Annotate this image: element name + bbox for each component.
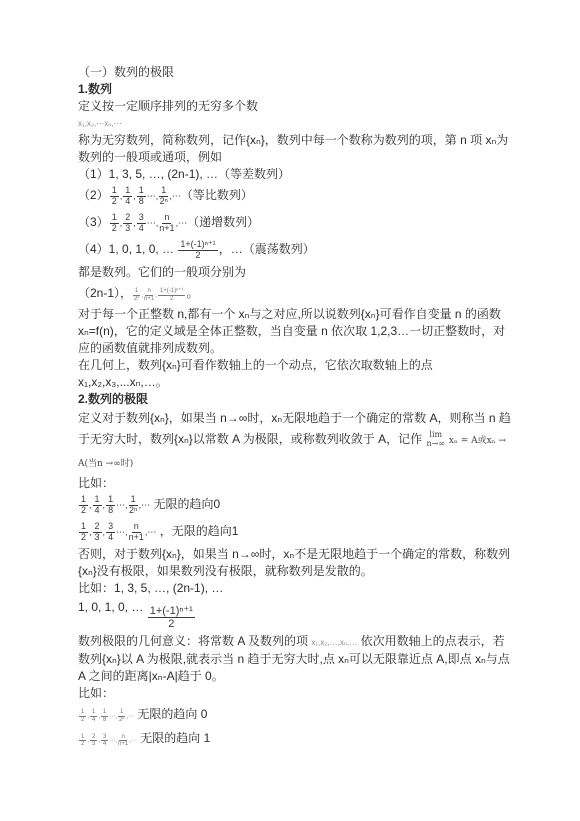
label-example: 比如： (78, 685, 516, 702)
formula-sequence-terms: x₁,x₂,⋯xₙ,⋯ (78, 115, 516, 132)
example-prefix: （3） (78, 215, 109, 229)
limit-example-to-one: 12,23,34⋯,nn+1,⋯ ，无限的趋向1 (78, 519, 516, 546)
general-term-prefix: （2n-1）， (78, 286, 132, 300)
example-oscillating: （4）1, 0, 1, 0, … 1+(-1)ⁿ⁺¹2，…（震荡数列） (78, 237, 516, 264)
fraction-sequence-small: 12,14,18⋯,12ⁿ,⋯ (78, 714, 134, 720)
example-geometric: （2）12,14,18⋯,12ⁿ,⋯（等比数列） (78, 183, 516, 210)
fraction-sequence: 12,23,34⋯,nn+1,⋯ (78, 527, 156, 537)
example-increasing: （3）12,23,34⋯,nn+1,⋯（递增数列） (78, 210, 516, 237)
fraction-sequence: 12,14,18⋯,12ⁿ,⋯ (109, 191, 181, 201)
example-label: ，…（震荡数列） (219, 242, 315, 256)
para-divergent: 否则，对于数列{xₙ}，如果当 n→∞时，xₙ不是无限地趋于一个确定的常数，称数… (78, 546, 516, 580)
general-term-suffix: 。 (186, 286, 198, 300)
fraction-oscillating: 1+(-1)ⁿ⁺¹2 (177, 245, 218, 255)
general-term-line: （2n-1），12ⁿ,nn+1,1+(-1)ⁿ⁺¹2。 (78, 281, 516, 306)
label-example: 比如： (78, 475, 516, 492)
limit-example-to-zero: 12,14,18⋯,12ⁿ,⋯ 无限的趋向0 (78, 492, 516, 519)
example-arithmetic: （1）1, 3, 5, …, (2n-1), …（等差数列） (78, 166, 516, 183)
document-page: （一）数列的极限 1.数列 定义按一定顺序排列的无穷多个数 x₁,x₂,⋯xₙ,… (0, 0, 580, 821)
divergent-example-oscillating: 1, 0, 1, 0, … 1+(-1)ⁿ⁺¹2 (78, 597, 516, 633)
para-function-view: 对于每一个正整数 n,都有一个 xₙ与之对应,所以说数列{xₙ}可看作自变量 n… (78, 306, 516, 357)
example-prefix: （2） (78, 188, 109, 202)
heading-limit: 2.数列的极限 (78, 391, 516, 408)
heading-sequence: 1.数列 (78, 81, 516, 98)
example-label: （递增数列） (187, 215, 259, 229)
tiny-example-to-one: 12,23,34⋯,nn+1,⋯ 无限的趋向 1 (78, 726, 516, 751)
section-title: （一）数列的极限 (78, 64, 516, 81)
fraction-sequence: 12,14,18⋯,12ⁿ,⋯ (78, 500, 150, 510)
general-term-fractions: 12ⁿ,nn+1,1+(-1)ⁿ⁺¹2 (132, 293, 186, 299)
tendency-label: 无限的趋向 0 (134, 707, 207, 721)
para-geometric-meaning: 数列极限的几何意义：将常数 A 及数列的项 x₁,x₂,…,xₙ,… 依次用数轴… (78, 633, 516, 685)
oscillating-prefix: 1, 0, 1, 0, … (78, 600, 147, 614)
example-label: （等比数列） (181, 188, 253, 202)
tendency-label: 无限的趋向0 (150, 497, 220, 511)
definition-sequence: 定义按一定顺序排列的无穷多个数 (78, 98, 516, 115)
fraction-oscillating: 1+(-1)ⁿ⁺¹2 (147, 602, 196, 614)
para-limit-definition: 定义对于数列{xₙ}，如果当 n→∞时，xₙ无限地趋于一个确定的常数 A，则称当… (78, 408, 516, 475)
geometric-meaning-text: 数列极限的几何意义：将常数 A 及数列的项 (78, 634, 311, 648)
tendency-label: ，无限的趋向1 (156, 524, 238, 538)
sequence-terms-inline: x₁,x₂,…,xₙ,… (311, 638, 357, 647)
divergent-example-odd: 比如：1, 3, 5, …, (2n-1), … (78, 580, 516, 597)
fraction-sequence: 12,23,34⋯,nn+1,⋯ (109, 218, 187, 228)
fraction-sequence-small: 12,23,34⋯,nn+1,⋯ (78, 738, 137, 744)
tiny-example-to-zero: 12,14,18⋯,12ⁿ,⋯ 无限的趋向 0 (78, 702, 516, 727)
para-sequence-intro: 称为无穷数列，简称数列，记作{xₙ}，数列中每一个数称为数列的项，第 n 项 x… (78, 132, 516, 166)
para-geometry-view: 在几何上，数列{xₙ}可看作数轴上的一个动点，它依次取数轴上的点 x₁,x₂,x… (78, 357, 516, 391)
para-general-terms: 都是数列。它们的一般项分别为 (78, 264, 516, 281)
example-prefix: （4）1, 0, 1, 0, … (78, 242, 177, 256)
tendency-label: 无限的趋向 1 (137, 731, 210, 745)
